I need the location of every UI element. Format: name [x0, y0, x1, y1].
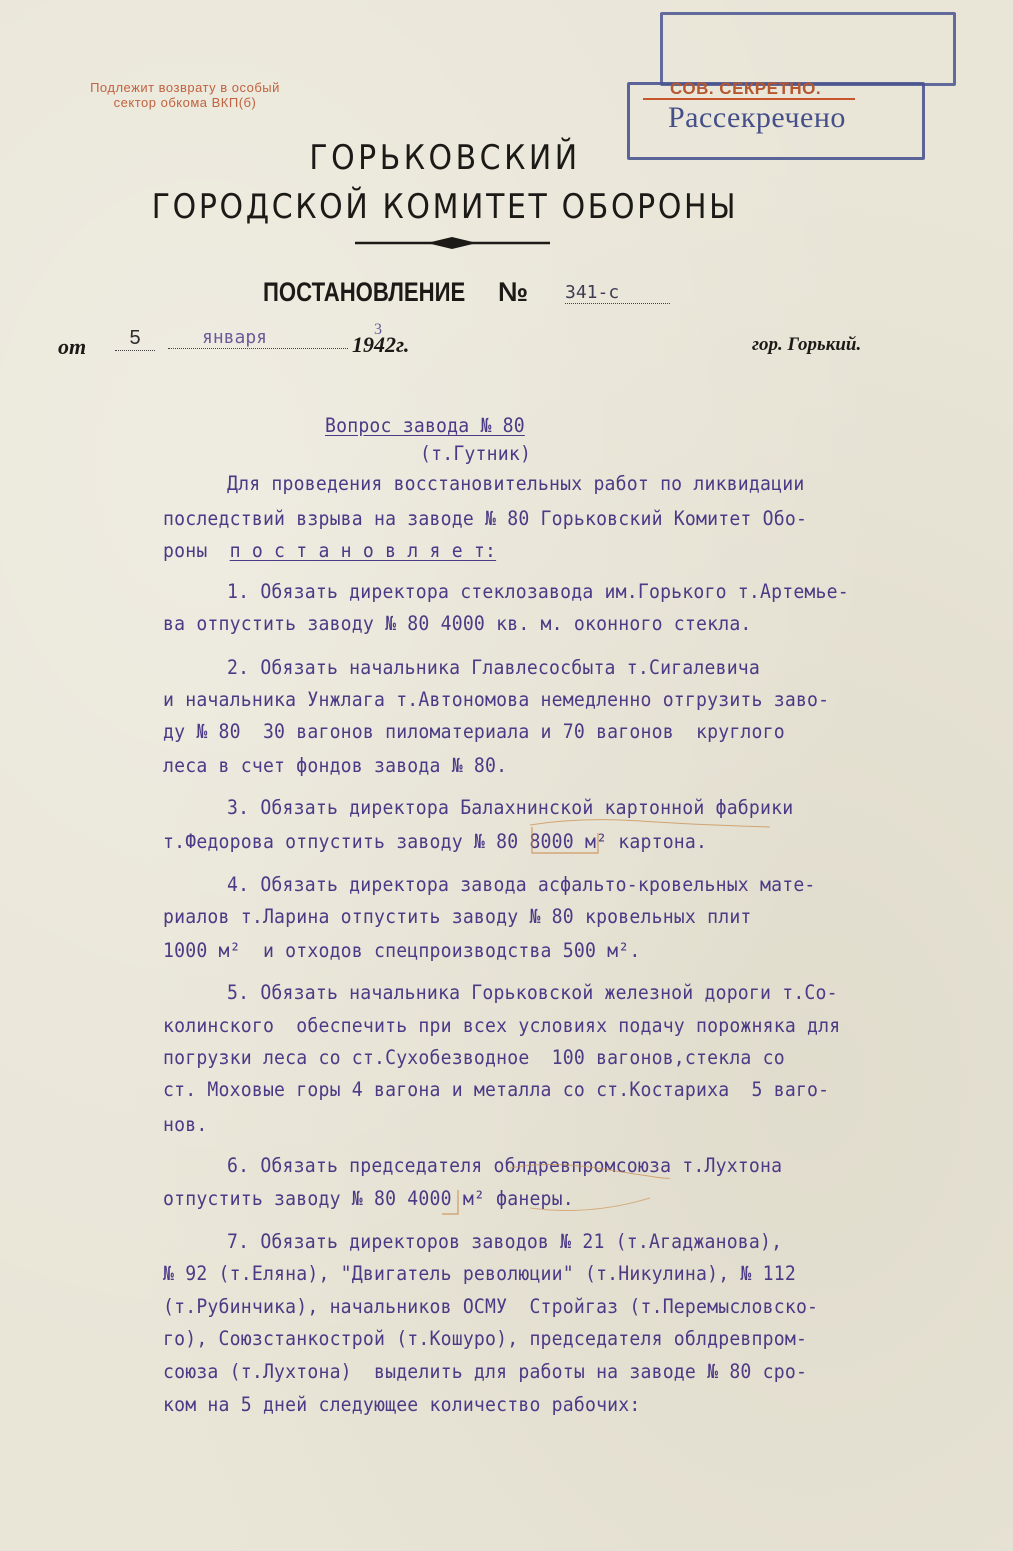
- date-day: 5: [115, 327, 155, 351]
- return-note-line2: сектор обкома ВКП(б): [30, 95, 340, 110]
- decree-title: ПОСТАНОВЛЕНИЕ: [263, 277, 465, 308]
- item-7-line: го), Союзстанкострой (т.Кошуро), председ…: [163, 1327, 807, 1350]
- item-5-line: нов.: [163, 1113, 207, 1136]
- item-7-line: 7. Обязать директоров заводов № 21 (т.Аг…: [227, 1230, 782, 1253]
- item-4-line: 4. Обязать директора завода асфальто-кро…: [227, 873, 816, 896]
- item-7-line: ком на 5 дней следующее количество рабоч…: [163, 1393, 640, 1416]
- responsible-person: (т.Гутник): [420, 442, 531, 465]
- item-1-line: ва отпустить заводу № 80 4000 кв. м. око…: [163, 612, 752, 635]
- item-5-line: колинского обеспечить при всех условиях …: [163, 1014, 840, 1037]
- preamble-last-prefix: роны: [163, 539, 230, 562]
- date-year-suffix: г.: [396, 332, 409, 357]
- ornament-divider-icon: [355, 236, 550, 250]
- item-2-line: 2. Обязать начальника Главлесосбыта т.Си…: [227, 656, 760, 679]
- preamble-line: роны п о с т а н о в л я е т:: [163, 539, 496, 562]
- item-7-line: союза (т.Лухтона) выделить для работы на…: [163, 1360, 807, 1383]
- item-4-line: 1000 м² и отходов спецпроизводства 500 м…: [163, 939, 640, 962]
- letterhead-line1: ГОРЬКОВСКИЙ: [53, 138, 836, 178]
- return-note: Подлежит возврату в особый сектор обкома…: [30, 80, 340, 110]
- secret-strikethrough-line: [643, 98, 855, 100]
- decree-number-label: №: [498, 277, 528, 308]
- item-7-line: № 92 (т.Еляна), "Двигатель революции" (т…: [163, 1262, 796, 1285]
- item-2-line: ду № 80 30 вагонов пиломатериала и 70 ва…: [163, 720, 785, 743]
- pencil-annotation-mark: [430, 1160, 680, 1220]
- date-from-label: от: [58, 334, 86, 360]
- item-4-line: риалов т.Ларина отпустить заводу № 80 кр…: [163, 905, 752, 928]
- item-2-line: леса в счет фондов завода № 80.: [163, 754, 507, 777]
- registration-stamp: [660, 12, 956, 86]
- letterhead-line2: ГОРОДСКОЙ КОМИТЕТ ОБОРОНЫ: [53, 187, 836, 227]
- item-5-line: 5. Обязать начальника Горьковской железн…: [227, 981, 838, 1004]
- preamble-line: Для проведения восстановительных работ п…: [227, 472, 804, 495]
- pencil-annotation-mark: [520, 815, 780, 865]
- item-7-line: (т.Рубинчика), начальников ОСМУ Стройгаз…: [163, 1295, 818, 1318]
- item-5-line: погрузки леса со ст.Сухобезводное 100 ва…: [163, 1046, 785, 1069]
- secret-classification-label: СОВ. СЕКРЕТНО.: [670, 79, 821, 99]
- return-note-line1: Подлежит возврату в особый: [30, 80, 340, 95]
- date-month: января: [168, 327, 348, 349]
- decree-number: 341-с: [565, 282, 670, 304]
- item-1-line: 1. Обязать директора стеклозавода им.Гор…: [227, 580, 849, 603]
- preamble-line: последствий взрыва на заводе № 80 Горько…: [163, 507, 807, 530]
- city: гор. Горький.: [752, 334, 861, 356]
- item-2-line: и начальника Унжлага т.Автономова немедл…: [163, 688, 829, 711]
- date-year-handwritten-correction: 3: [374, 321, 382, 339]
- declassified-label: Рассекречено: [668, 101, 846, 135]
- resolves-keyword: п о с т а н о в л я е т:: [230, 539, 497, 562]
- item-5-line: ст. Моховые горы 4 вагона и металла со с…: [163, 1078, 829, 1101]
- subject-heading: Вопрос завода № 80: [325, 414, 525, 437]
